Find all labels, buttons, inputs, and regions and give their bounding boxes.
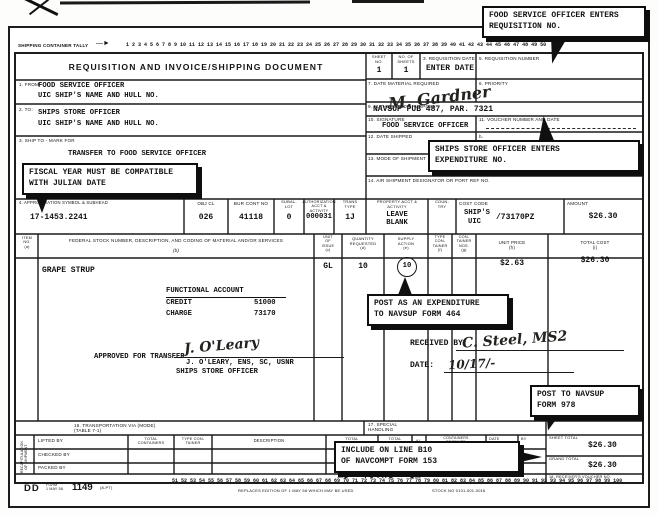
scan-artifact-line [352,0,424,3]
bur-cont-value: 41118 [228,212,274,224]
approved-name: J. O'LEARY, ENS, SC, USNR [186,360,294,368]
col-description-recap: DESCRIPTION [212,439,326,444]
scanned-dd1149-document: SHIPPING CONTAINER TALLY —► 1 2 3 4 5 6 … [0,0,659,515]
special-handling-label: 17. SPECIAL HANDLING [368,422,397,433]
tally-label: SHIPPING CONTAINER TALLY [18,43,88,48]
date-material-label: 7. DATE MATERIAL REQUIRED [368,81,439,86]
callout-pointer-down [36,197,48,213]
amount-label: AMOUNT [567,201,588,206]
req-no-label: 5. REQUISITION NUMBER [479,56,539,61]
ship-to-label: 3. SHIP TO - MARK FOR [19,138,75,143]
dd-form-mark: DD [24,483,40,494]
bur-cont-label: BUR CONT NO [228,201,274,206]
col-type-container-recap: TYPE CON- TAINER [174,437,212,446]
signature-line [174,357,344,358]
to-line2: UIC SHIP'S NAME AND HULL NO. [38,121,159,129]
callout-pointer-up [398,277,412,295]
date-received-handwriting: 10/17/- [448,356,496,372]
sheet-no-label: SHEET NO. [367,55,391,65]
mode-of-shipment-label: 13. MODE OF SHIPMENT [368,156,426,161]
subal-value: 0 [274,212,304,224]
charge-label: CHARGE [166,311,192,319]
charge-value: 73170 [254,311,276,319]
cost-code-line1: SHIP'S [464,210,490,218]
appn-value: 17-1453.2241 [30,214,88,223]
air-shipment-label: 14. AIR SHIPMENT DESIGNATOR OR PORT REF … [368,178,490,183]
received-line [456,350,624,351]
approved-title: SHIPS STORE OFFICER [176,369,258,377]
obj-class-value: 026 [184,212,228,224]
col-description: FEDERAL STOCK NUMBER, DESCRIPTION, AND C… [46,238,306,243]
callout-fiscal-year: FISCAL YEAR MUST BE COMPATIBLE WITH JULI… [22,163,198,195]
tally-arrow-icon: —► [96,40,110,47]
col-container-nos: CON- TAINER NOS. (g) [452,235,476,252]
col-quantity: QUANTITY REQUESTED (d) [342,237,384,251]
form-edition-label: FORM 1 MAY 58 [46,483,63,491]
grand-total-value: $26.30 [588,462,617,471]
packed-by-label: PACKED BY [38,465,66,470]
transportation-label: 16. TRANSPORTATION VIA (MODE) (TABLE 7-1… [74,423,156,434]
date-shipped-label: 12. DATE SHIPPED [368,134,412,139]
ship-to-value: TRANSFER TO FOOD SERVICE OFFICER [68,151,206,159]
callout-expenditure-no: SHIPS STORE OFFICER ENTERS EXPENDITURE N… [428,140,640,172]
cost-code-line2: UIC [468,219,481,227]
cost-code-label: COST CODE [459,201,488,206]
callout-post-978: POST TO NAVSUP FORM 978 [530,385,640,417]
item-qty: 10 [342,261,384,273]
form-number: 1149 [72,482,93,493]
received-by-label: RECEIVED BY: [410,340,468,349]
item-total-cost: $26.30 [548,255,642,267]
callout-requisition-no: FOOD SERVICE OFFICER ENTERS REQUISITION … [482,6,646,38]
callout-post-464: POST AS AN EXPENDITURE TO NAVSUP FORM 46… [367,294,509,326]
grand-total-label: GRAND TOTAL [549,457,579,462]
replaces-note: REPLACES EDITION OF 1 MAY 58 WHICH MAY B… [238,489,354,494]
from-line2: UIC SHIP'S NAME AND HULL NO. [38,93,159,101]
sheet-total-label: SHEET TOTAL [549,436,578,441]
subal-label: SUBAL- LOT [274,200,304,209]
credit-value: 51000 [254,300,276,308]
sheets-label: NO. OF SHEETS [393,55,419,65]
stock-number: STOCK NO 0101-001-0016 [432,489,485,494]
sheet-total-value: $26.30 [588,442,617,451]
req-date-value: ENTER DATE [426,65,474,74]
tally-numbers: 1 2 3 4 5 6 7 8 9 10 11 12 13 14 15 16 1… [126,42,556,48]
recapitulation-side-label: RECAPITULATION OF SHIPMENT [18,435,32,479]
col-total-containers: TOTAL CONTAINERS [128,437,174,446]
obj-class-label: OBJ CL [184,201,228,206]
col-unit-of-issue: UNIT OF ISSUE (c) [314,235,342,252]
cost-code-suffix: /73170PZ [496,214,534,223]
col-type-container: TYPE CON- TAINER (f) [428,235,452,252]
form-suffix: (8-PT) [100,486,113,491]
lifted-by-label: LIFTED BY [38,438,63,443]
form-title: REQUISITION AND INVOICE/SHIPPING DOCUMEN… [46,60,346,74]
callout-include-b10: INCLUDE ON LINE B10 OF NAVCOMPT FORM 153 [334,441,520,473]
col-total-cost: TOTAL COST (i) [548,240,642,250]
trans-type-value: 1J [334,212,366,224]
from-line1: FOOD SERVICE OFFICER [38,83,124,91]
amount-value: $26.30 [564,211,642,223]
functional-account-title: FUNCTIONAL ACCOUNT [166,288,286,298]
credit-label: CREDIT [166,300,192,308]
scan-artifact-line [60,0,310,4]
signature-title: FOOD SERVICE OFFICER [382,123,468,131]
callout-pointer-up [536,115,555,143]
date-received-label: DATE: [410,362,434,371]
date-line [444,372,574,373]
checked-by-label: CHECKED BY [38,452,70,457]
appn-label: 4. APPROPRIATION SYMBOL & SUBHEAD [19,201,108,206]
sheet-no-value: 1 [367,65,391,77]
col-by: BY [521,437,526,441]
auth-acct-value: 000031 [304,212,334,224]
to-line1: SHIPS STORE OFFICER [38,110,120,118]
item-description: GRAPE STRUP [42,267,95,276]
voucher-dashed-line [486,122,636,129]
col-description-key: (b) [46,248,306,253]
col-unit-price: UNIT PRICE (h) [476,240,548,250]
b-label: b. [479,134,483,139]
to-label: 2. TO: [19,107,33,112]
property-acct-value: LEAVE BLANK [366,208,428,232]
country-label: COUN- TRY [428,200,456,209]
req-date-label: 3. REQUISITION DATE [423,56,475,61]
supply-action-circled-qty: 10 [397,257,417,277]
item-unit-price: $2.63 [476,258,548,270]
col-item-no: ITEM NO. (a) [16,236,38,249]
sheets-value: 1 [393,65,419,77]
col-supply-action: SUPPLY ACTION (e) [384,237,428,251]
trans-type-label: TRANS TYPE [334,200,366,209]
item-unit: GL [314,261,342,273]
bottom-numbers: 51 52 53 54 55 56 57 58 59 60 61 62 63 6… [172,478,562,484]
supply-action-value: 10 [403,263,412,271]
